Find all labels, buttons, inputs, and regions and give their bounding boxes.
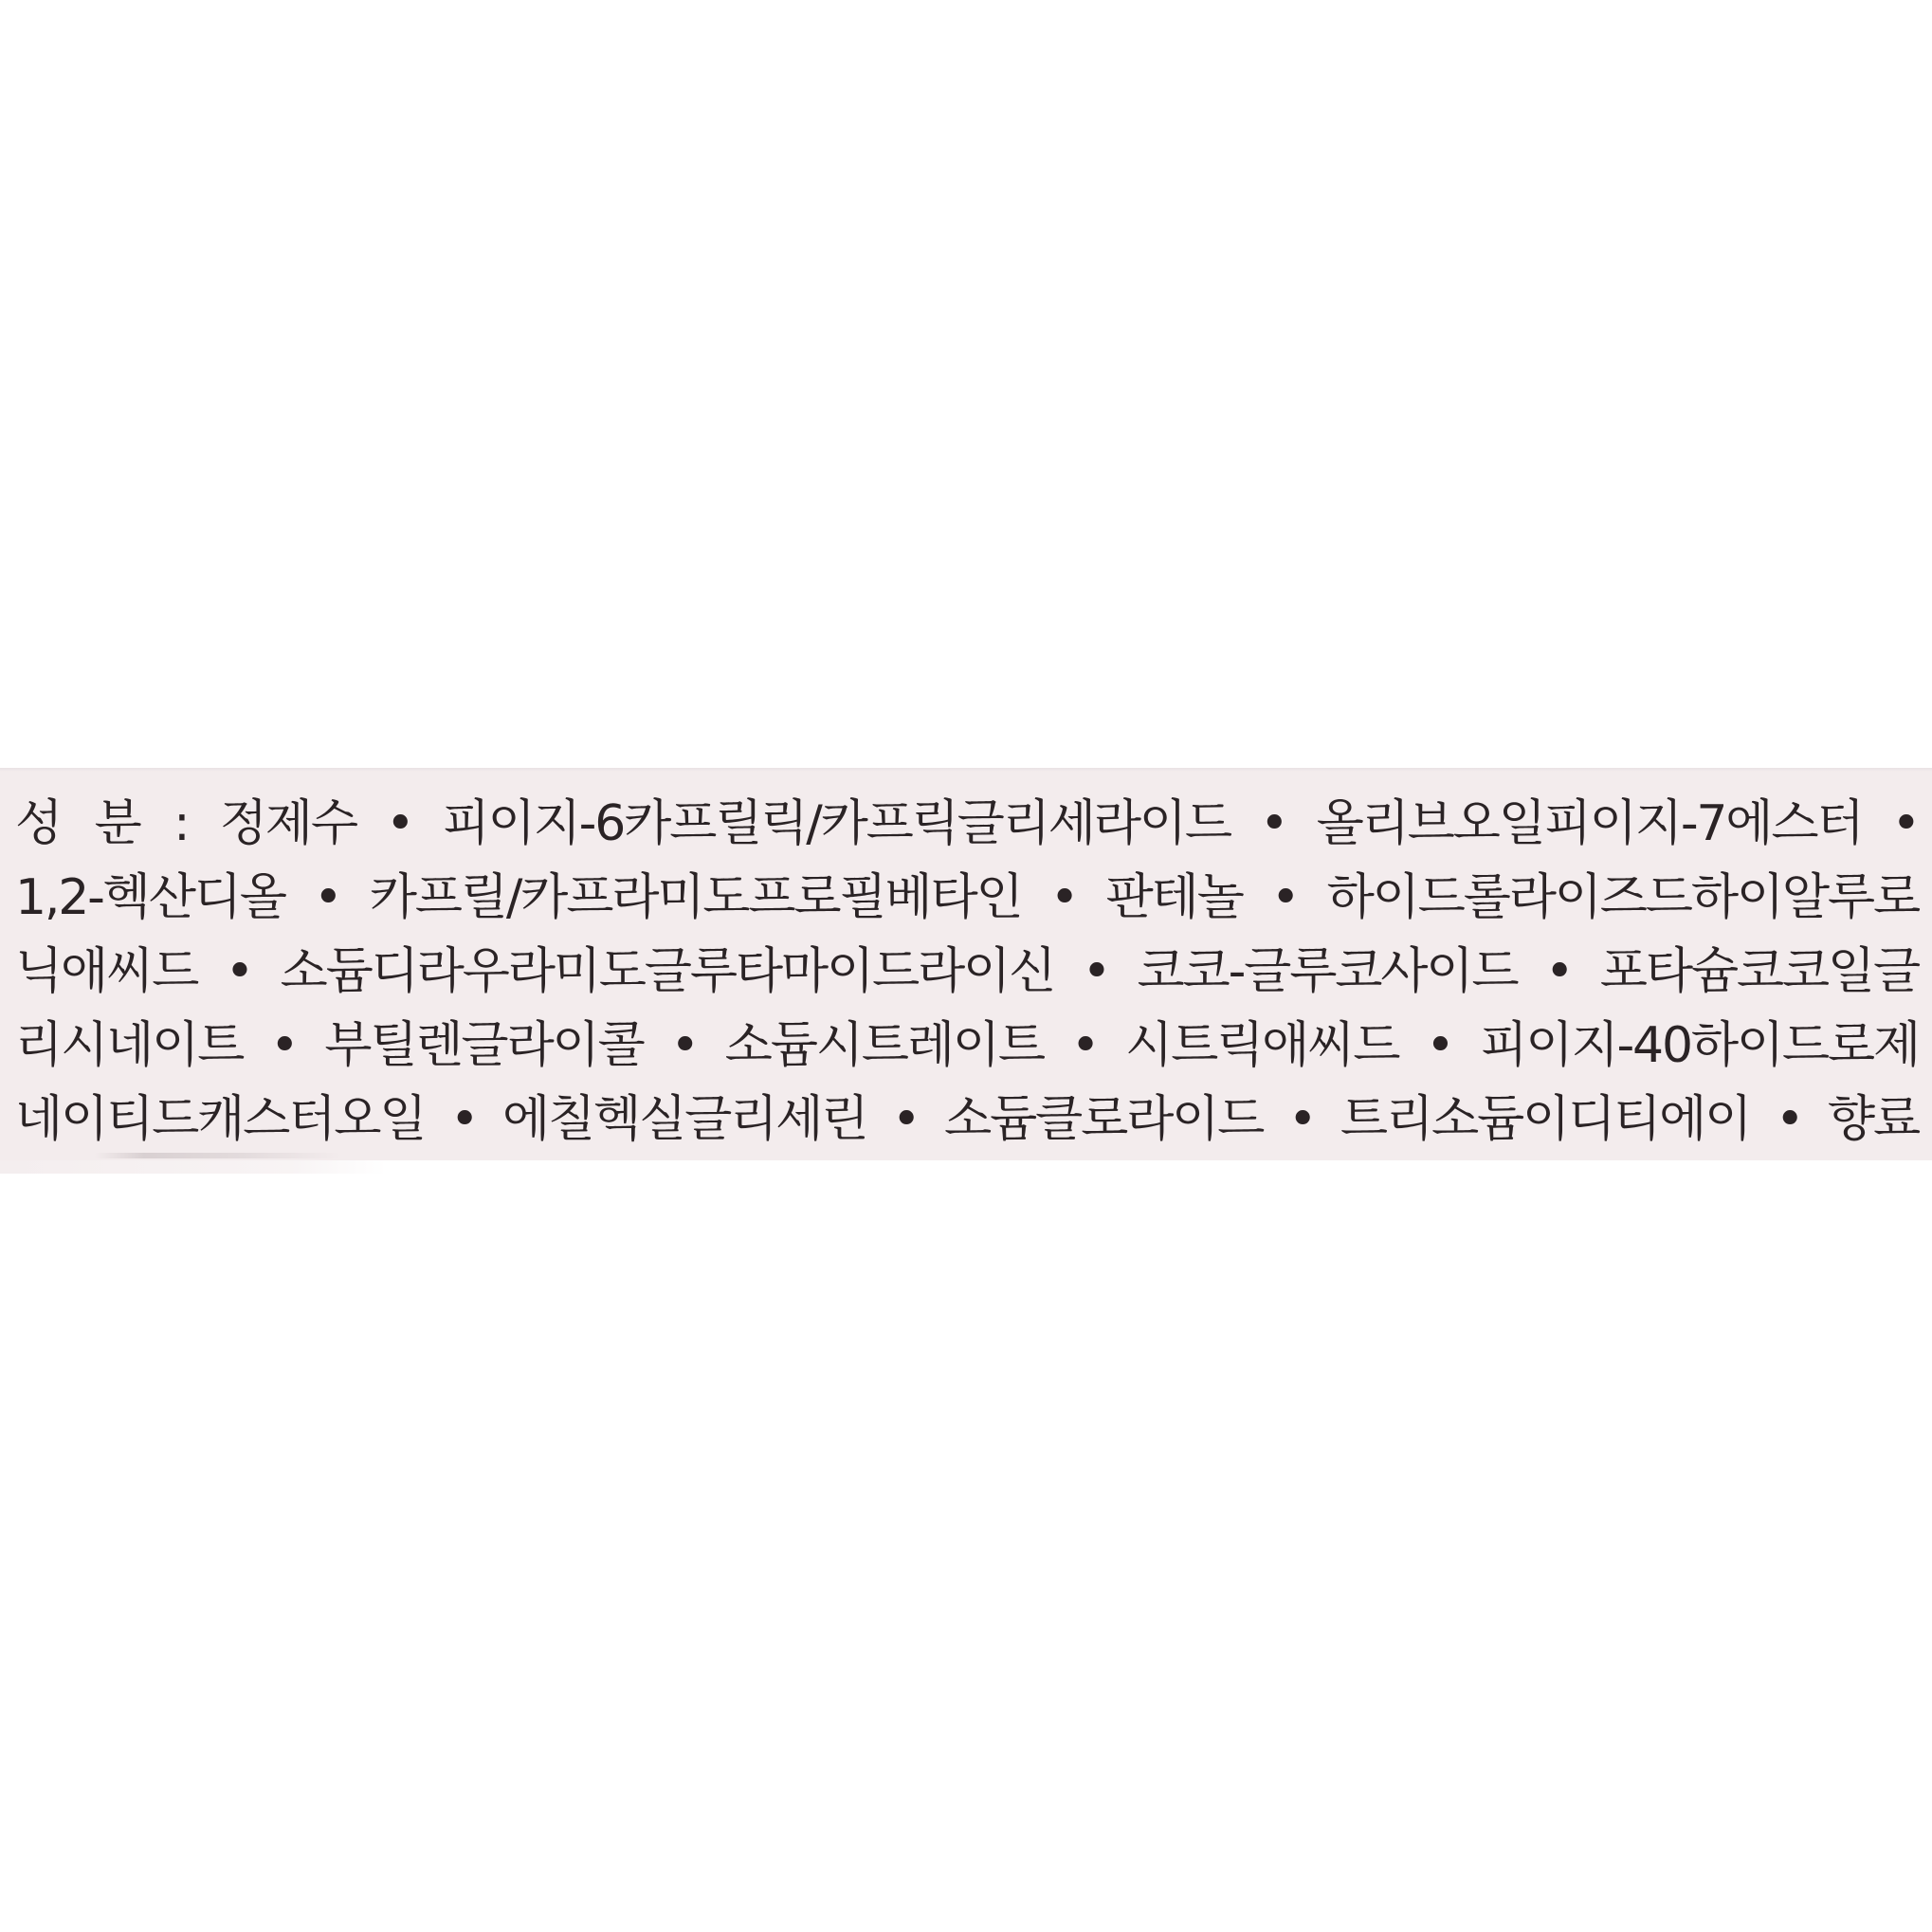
ingredient-list: 성 분 : 정제수 • 피이지-6카프릴릭/카프릭글리세라이드 • 올리브오일피… <box>15 787 1919 1157</box>
ingredient-line-3: 닉애씨드 • 소듐디라우라미도글루타마이드라이신 • 코코-글루코사이드 • 포… <box>15 935 1919 1009</box>
ingredient-line-2: 1,2-헥산디올 • 카프릴/카프라미도프로필베타인 • 판테놀 • 하이드롤라… <box>15 861 1919 935</box>
ingredient-label-band: 성 분 : 정제수 • 피이지-6카프릴릭/카프릭글리세라이드 • 올리브오일피… <box>0 768 1932 1160</box>
ingredient-line-4: 리시네이트 • 부틸렌글라이콜 • 소듐시트레이트 • 시트릭애씨드 • 피이지… <box>15 1009 1919 1083</box>
ingredient-line-1: 성 분 : 정제수 • 피이지-6카프릴릭/카프릭글리세라이드 • 올리브오일피… <box>15 787 1919 861</box>
ingredient-line-5: 네이티드캐스터오일 • 에칠헥실글리세린 • 소듐클로라이드 • 트리소듐이디티… <box>15 1083 1919 1157</box>
cropped-next-line-remnant <box>95 1153 341 1158</box>
ingredients-heading: 성 분 : <box>15 795 191 852</box>
band-bottom-edge <box>0 1160 1932 1174</box>
